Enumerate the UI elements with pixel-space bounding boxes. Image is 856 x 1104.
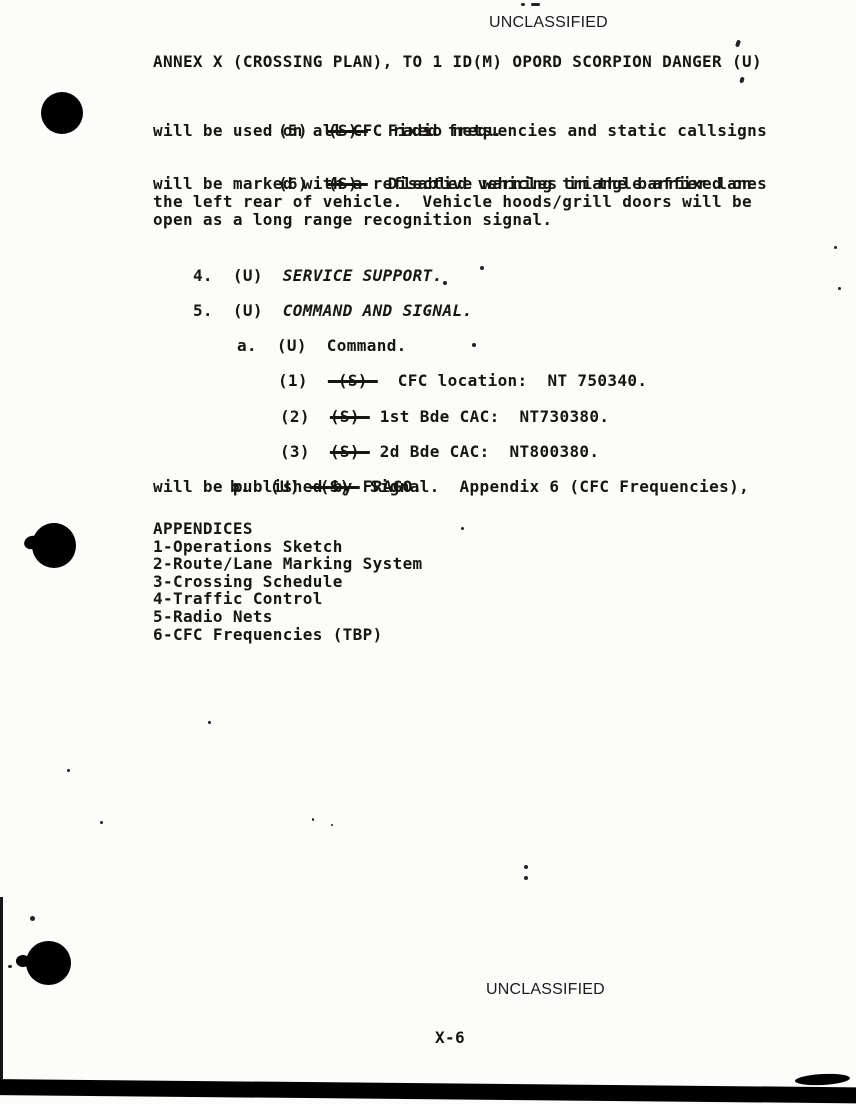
scan-speck: [443, 281, 447, 285]
item-2-classification-strikethrough: (S)-: [330, 407, 370, 426]
item-1-number: (1): [278, 371, 328, 390]
scan-speck: [100, 821, 103, 824]
section-5-title: COMMAND AND SIGNAL.: [283, 301, 473, 320]
scan-speck: [8, 965, 12, 968]
scanned-document-page: UNCLASSIFIED ANNEX X (CROSSING PLAN), TO…: [0, 0, 856, 1104]
item-3-text: 2d Bde CAC: NT800380.: [370, 442, 600, 461]
scan-speck: [30, 916, 35, 921]
para-6-line-3: the left rear of vehicle. Vehicle hoods/…: [153, 193, 752, 211]
scan-speck: [531, 3, 540, 6]
appendix-item-2: 2-Route/Lane Marking System: [153, 554, 423, 572]
scan-speck: [461, 527, 464, 530]
subpara-a-title: Command.: [327, 336, 407, 355]
scan-left-edge-line: [0, 897, 3, 1089]
scan-edge-artifact: [795, 1073, 851, 1087]
item-1-text: CFC location: NT 750340.: [378, 371, 648, 390]
scan-speck: [208, 721, 211, 724]
scan-speck: [521, 3, 525, 6]
para-6-line-4: open as a long range recognition signal.: [153, 211, 552, 229]
annex-title: ANNEX X (CROSSING PLAN), TO 1 ID(M) OPOR…: [153, 53, 762, 71]
item-1-classification-strikethrough: -(S)-: [328, 371, 378, 390]
header-classification: UNCLASSIFIED: [489, 14, 608, 32]
appendix-item-6: 6-CFC Frequencies (TBP): [153, 625, 423, 643]
scan-speck: [480, 266, 484, 270]
section-4-prefix: 4. (U): [193, 266, 283, 285]
scan-speck: [838, 287, 841, 290]
section-4-title: SERVICE SUPPORT.: [283, 266, 443, 285]
item-2-number: (2): [280, 407, 330, 426]
appendix-item-5: 5-Radio Nets: [153, 607, 423, 625]
hole-punch-mark-top: [41, 92, 83, 134]
item-3-classification-strikethrough: (S)-: [330, 442, 370, 461]
appendix-item-3: 3-Crossing Schedule: [153, 572, 423, 590]
hole-punch-nub-bottom: [16, 955, 30, 967]
scan-speck: [524, 865, 528, 869]
scan-speck: [735, 40, 741, 48]
footer-classification: UNCLASSIFIED: [486, 981, 605, 999]
appendix-item-1: 1-Operations Sketch: [153, 537, 423, 555]
scan-speck: [834, 246, 837, 249]
subpara-b-line-2: will be published by FRAGO.: [153, 478, 423, 496]
subpara-a-prefix: a. (U): [237, 336, 327, 355]
scan-speck: [312, 818, 314, 821]
hole-punch-mark-bottom: [26, 941, 71, 985]
scan-speck: [524, 876, 528, 880]
para-5-line-2: will be used on all CFC radio nets.: [153, 122, 502, 140]
scan-speck: [331, 824, 333, 826]
item-3-number: (3): [280, 442, 330, 461]
page-number: X-6: [435, 1029, 465, 1047]
scan-speck: [472, 343, 476, 347]
scan-bottom-edge-bar: [0, 1079, 856, 1104]
appendix-item-4: 4-Traffic Control: [153, 589, 423, 607]
scan-speck: [67, 769, 70, 772]
appendices-list: APPENDICES 1-Operations Sketch 2-Route/L…: [153, 519, 423, 642]
appendices-heading: APPENDICES: [153, 519, 423, 537]
section-5-prefix: 5. (U): [193, 301, 283, 320]
scan-speck: [739, 77, 745, 84]
item-2-text: 1st Bde CAC: NT730380.: [370, 407, 610, 426]
para-6-line-2: will be marked with a reflective warning…: [153, 175, 752, 193]
